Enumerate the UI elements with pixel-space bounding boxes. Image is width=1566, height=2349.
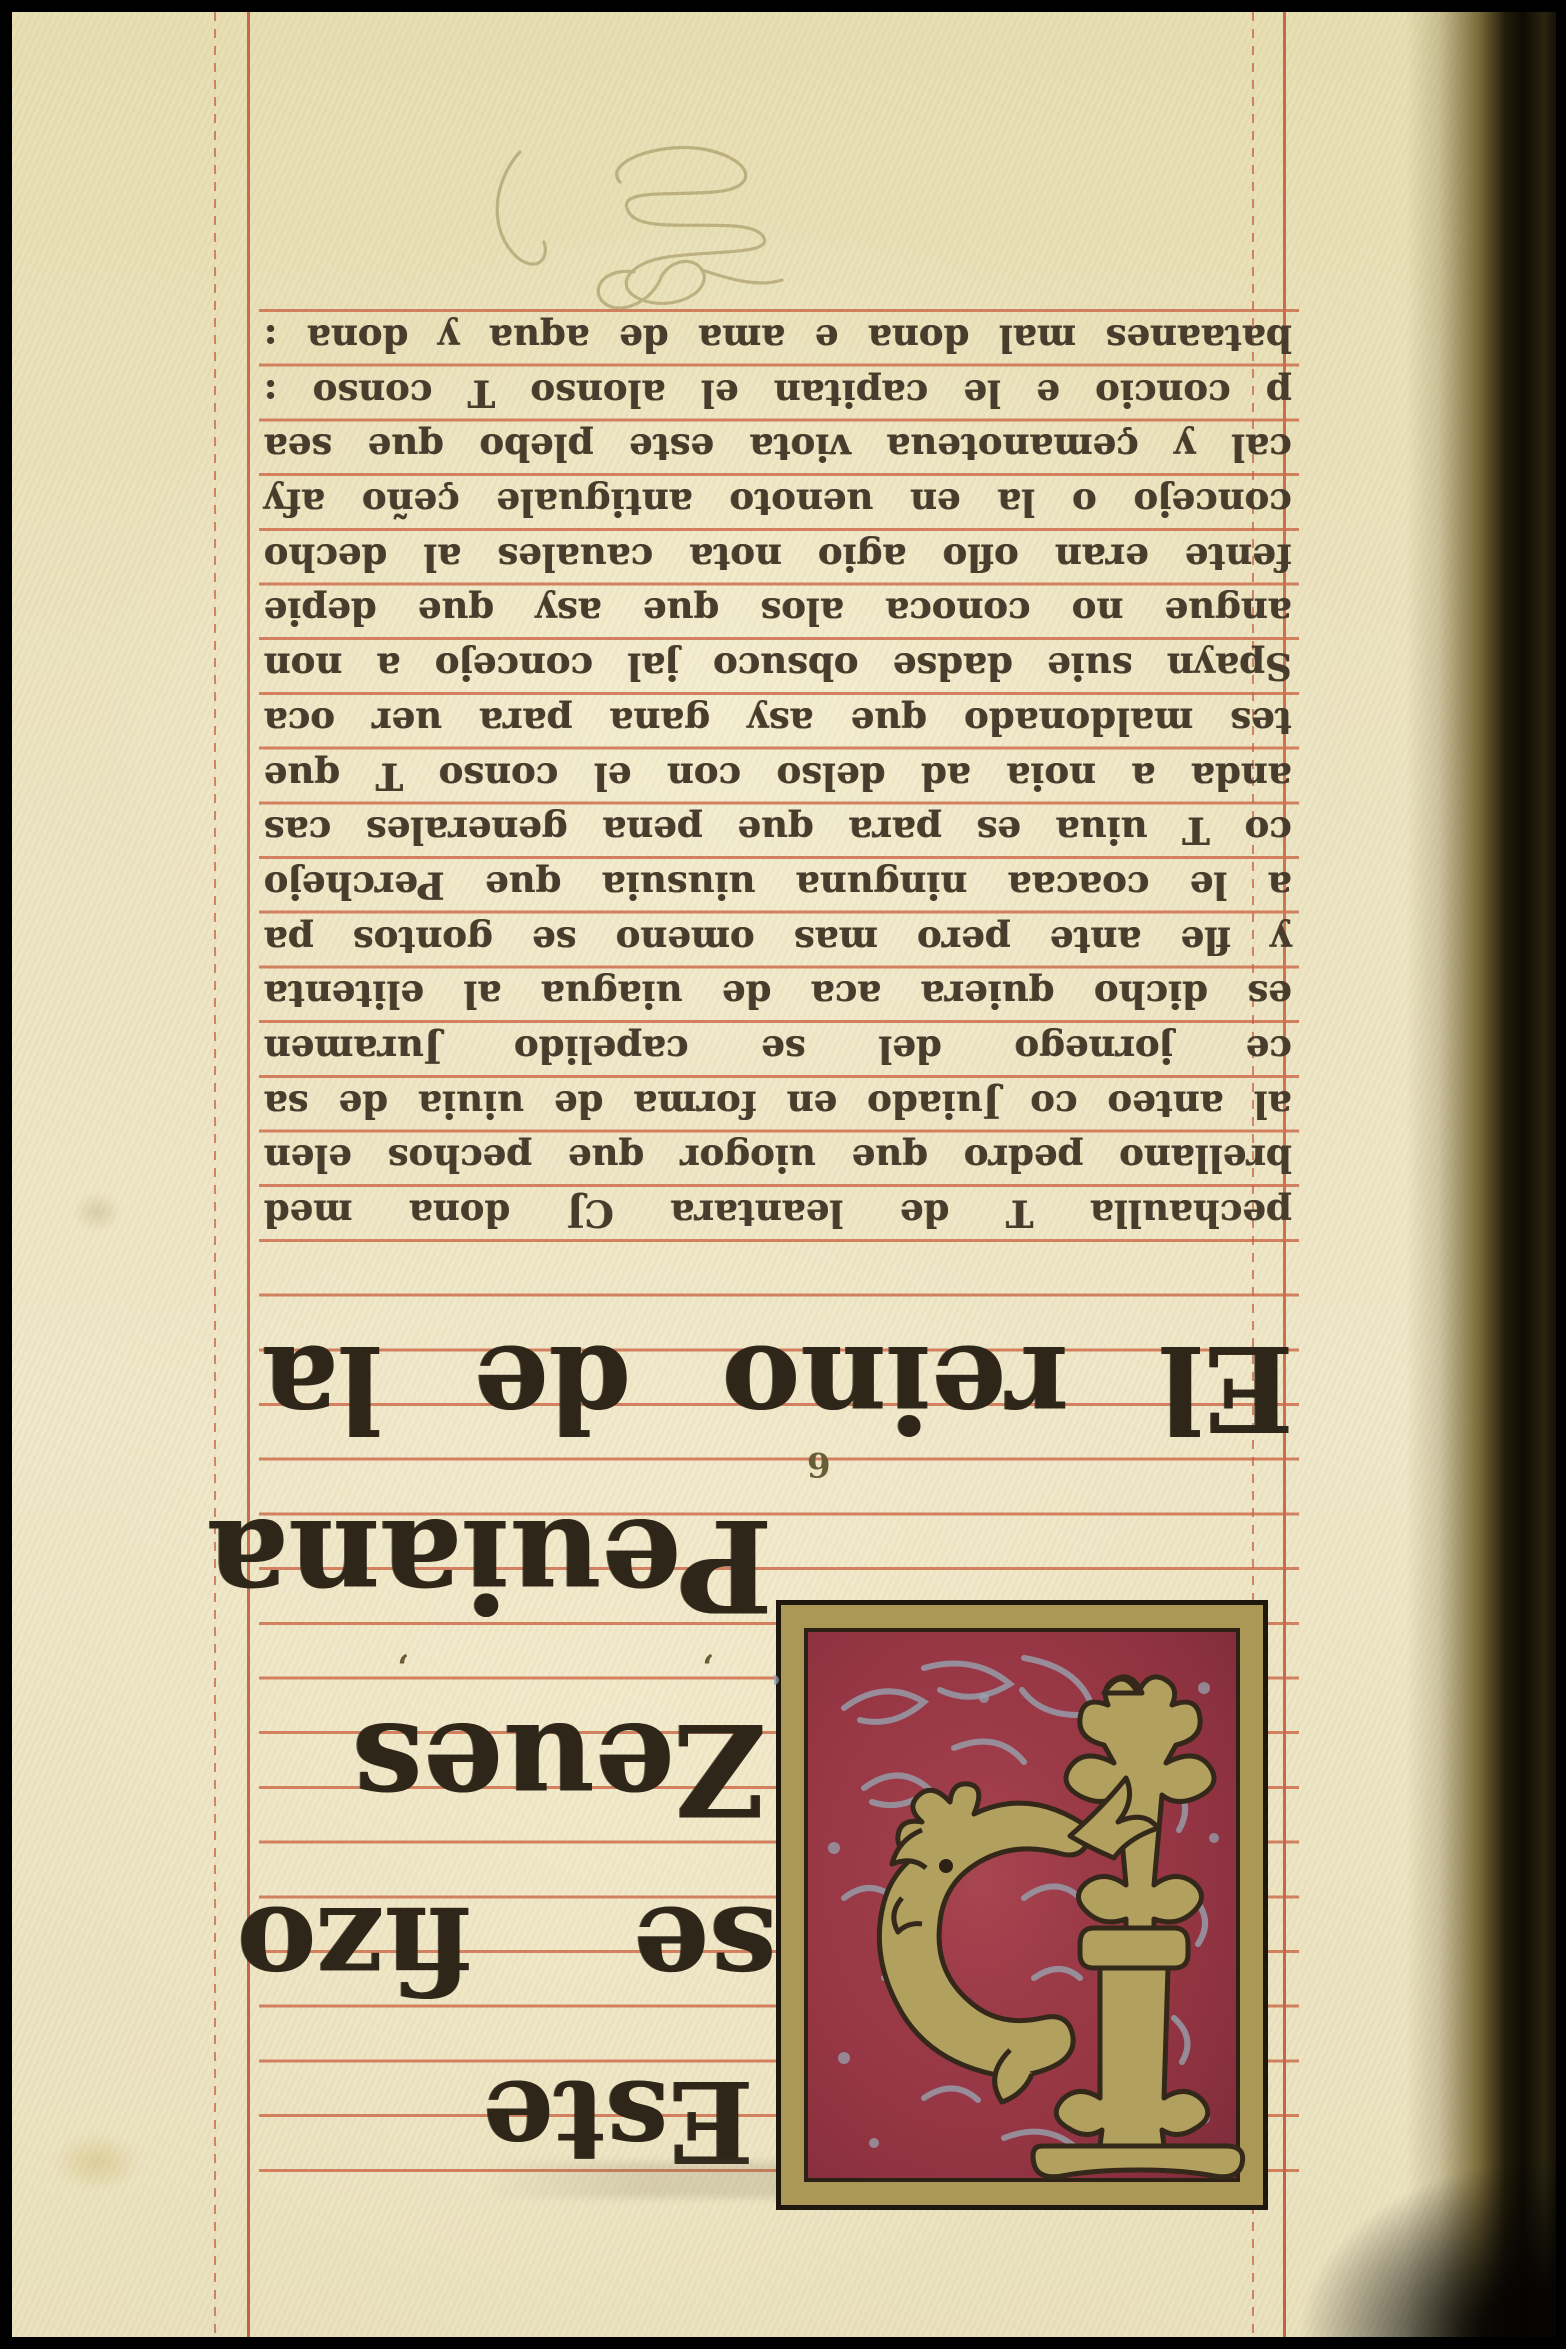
- scribal-tick: ’: [397, 1630, 409, 1670]
- text-line: bataanes mal dona e ama de aqua y dona :: [264, 311, 1292, 366]
- page-gutter-shadow: [1406, 12, 1556, 2337]
- text-line: al anteo co Juiado en forma de uiuia de …: [264, 1077, 1292, 1132]
- text-line: tes maldonado que asy gana para uer oca: [264, 694, 1292, 749]
- text-line: Spayn suie dadse obsuco jal concejo a no…: [264, 639, 1292, 694]
- display-line: Zeues: [247, 1684, 767, 1854]
- manuscript-photo: bataanes mal dona e ama de aqua y dona :…: [0, 0, 1566, 2349]
- scribal-tick: ’: [702, 1630, 714, 1670]
- display-line: se fizo: [237, 1864, 777, 2034]
- left-margin-rule-dashed: [214, 12, 216, 2337]
- text-line: pechaulla T de leantara CJ dona med: [264, 1186, 1292, 1241]
- text-line: y fle ante pero mas omeno se gontos pa: [264, 913, 1292, 968]
- parchment-page: bataanes mal dona e ama de aqua y dona :…: [12, 12, 1556, 2337]
- text-line: ce jornego del se capelido Juramen: [264, 1022, 1292, 1077]
- pen-trial-flourish: [452, 92, 832, 332]
- text-line: angue no conoca alos que asy que depie: [264, 584, 1292, 639]
- display-line: El reino de la: [262, 1308, 1294, 1468]
- body-text-block: bataanes mal dona e ama de aqua y dona :…: [264, 311, 1292, 1241]
- parchment-stain: [72, 1192, 122, 1232]
- text-line: es dicho quiera aca de uiagua al elitent…: [264, 967, 1292, 1022]
- text-line: co T uiua es para que pena generales cas: [264, 803, 1292, 858]
- illuminated-initial: [774, 1598, 1270, 2212]
- text-line: concejo o la en uenoto antiguale çeño af…: [264, 475, 1292, 530]
- parchment-stain: [52, 2132, 142, 2192]
- text-line: fente eran oflo agio nota cauales al dec…: [264, 530, 1292, 585]
- text-line: p concio e le capitan el alonso T conso …: [264, 366, 1292, 421]
- text-line: anda a noia ad delso con el conso T que: [264, 749, 1292, 804]
- text-line: a le coacaa ninguna uiusuia que Perchejo: [264, 858, 1292, 913]
- text-line: brellano pedro que uiogor que pechos ele…: [264, 1131, 1292, 1186]
- text-line: cal y çemanoteua viota este plebo que se…: [264, 420, 1292, 475]
- display-line: Peuiana: [167, 1480, 773, 1650]
- scribal-tick: 6: [807, 1444, 831, 1484]
- page-corner-shadow: [1296, 2157, 1556, 2337]
